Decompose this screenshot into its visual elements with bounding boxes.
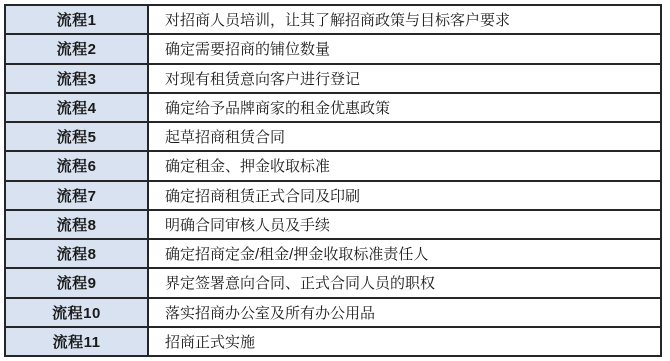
process-step-label: 流程10 <box>6 299 149 326</box>
process-step-description: 落实招商办公室及所有办公用品 <box>149 299 660 326</box>
process-step-description: 确定需要招商的铺位数量 <box>149 35 660 62</box>
table-row: 流程11 招商正式实施 <box>6 328 660 355</box>
process-step-label: 流程5 <box>6 123 149 150</box>
process-step-label: 流程8 <box>6 240 149 267</box>
table-row: 流程1 对招商人员培训，让其了解招商政策与目标客户要求 <box>6 6 660 35</box>
table-row: 流程6 确定租金、押金收取标准 <box>6 152 660 181</box>
process-step-description: 界定签署意向合同、正式合同人员的职权 <box>149 269 660 296</box>
table-row: 流程9 界定签署意向合同、正式合同人员的职权 <box>6 269 660 298</box>
process-step-label: 流程4 <box>6 94 149 121</box>
table-row: 流程4 确定给予品牌商家的租金优惠政策 <box>6 94 660 123</box>
process-step-description: 招商正式实施 <box>149 328 660 355</box>
process-step-description: 对现有租赁意向客户进行登记 <box>149 65 660 92</box>
process-step-description: 起草招商租赁合同 <box>149 123 660 150</box>
process-step-label: 流程3 <box>6 65 149 92</box>
process-step-label: 流程9 <box>6 269 149 296</box>
table-row: 流程7 确定招商租赁正式合同及印刷 <box>6 182 660 211</box>
process-step-label: 流程8 <box>6 211 149 238</box>
process-step-label: 流程2 <box>6 35 149 62</box>
process-step-label: 流程6 <box>6 152 149 179</box>
process-step-description: 确定租金、押金收取标准 <box>149 152 660 179</box>
table-row: 流程10 落实招商办公室及所有办公用品 <box>6 299 660 328</box>
process-steps-table: 流程1 对招商人员培训，让其了解招商政策与目标客户要求 流程2 确定需要招商的铺… <box>4 4 662 357</box>
process-step-label: 流程11 <box>6 328 149 355</box>
process-step-description: 确定招商定金/租金/押金收取标准责任人 <box>149 240 660 267</box>
process-step-description: 明确合同审核人员及手续 <box>149 211 660 238</box>
table-row: 流程3 对现有租赁意向客户进行登记 <box>6 65 660 94</box>
table-row: 流程5 起草招商租赁合同 <box>6 123 660 152</box>
process-step-description: 确定招商租赁正式合同及印刷 <box>149 182 660 209</box>
process-step-label: 流程7 <box>6 182 149 209</box>
table-row: 流程2 确定需要招商的铺位数量 <box>6 35 660 64</box>
process-step-description: 确定给予品牌商家的租金优惠政策 <box>149 94 660 121</box>
table-row: 流程8 确定招商定金/租金/押金收取标准责任人 <box>6 240 660 269</box>
process-step-description: 对招商人员培训，让其了解招商政策与目标客户要求 <box>149 6 660 33</box>
process-step-label: 流程1 <box>6 6 149 33</box>
table-row: 流程8 明确合同审核人员及手续 <box>6 211 660 240</box>
